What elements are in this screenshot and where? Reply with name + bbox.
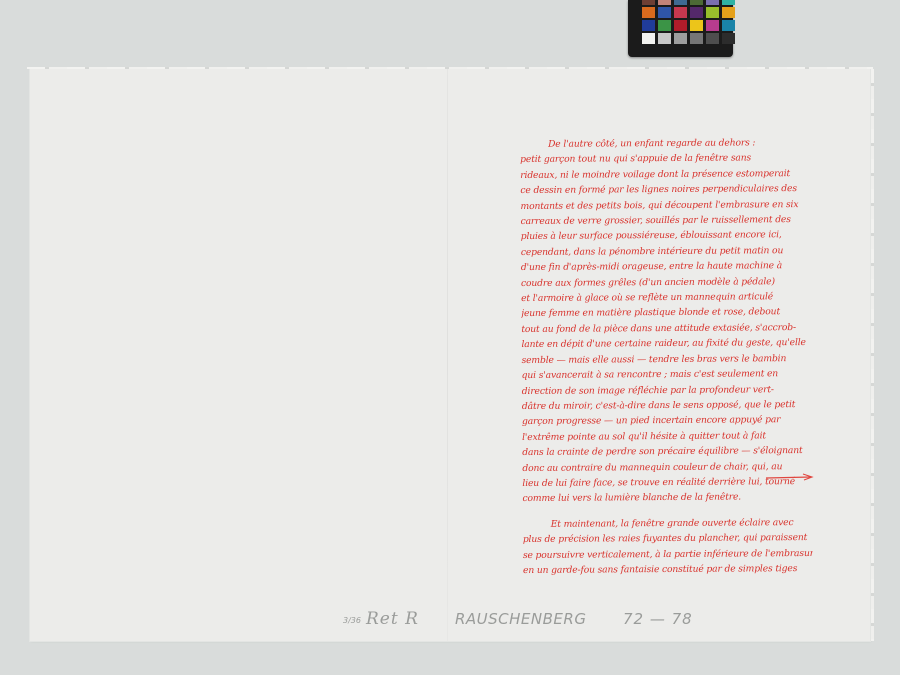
color-swatch <box>642 7 655 18</box>
color-swatch <box>674 20 687 31</box>
edition-number: 3/36 <box>343 616 361 625</box>
color-swatch <box>690 20 703 31</box>
manuscript-line: qui s'avancerait à sa rencontre ; mais c… <box>522 366 812 383</box>
manuscript-line: ce dessin en formé par les lignes noires… <box>520 181 810 198</box>
long-right-arrow-icon <box>765 473 815 481</box>
manuscript-line: jeune femme en matière plastique blonde … <box>521 304 811 321</box>
initials: Ret R <box>366 609 419 629</box>
color-swatch <box>658 33 671 44</box>
signature-dates: 72 — 78 <box>623 610 693 628</box>
color-swatch <box>674 33 687 44</box>
color-swatch <box>690 33 703 44</box>
color-swatch <box>722 33 735 44</box>
manuscript-line: en un garde-fou sans fantaisie constitué… <box>523 561 813 578</box>
color-swatch <box>706 0 719 5</box>
color-swatch <box>674 0 687 5</box>
manuscript-line: garçon progresse — un pied incertain enc… <box>522 412 812 429</box>
color-swatch <box>706 33 719 44</box>
color-swatch <box>722 7 735 18</box>
color-swatch <box>658 0 671 5</box>
manuscript-line: plus de précision les raies fuyantes du … <box>523 530 813 547</box>
manuscript-line: dans la crainte de perdre son précaire é… <box>522 443 812 460</box>
artist-signature: RAUSCHENBERG <box>455 610 586 628</box>
center-fold-line <box>447 69 448 641</box>
color-checker-grid <box>642 0 735 44</box>
handwritten-text-block: De l'autre côté, un enfant regarde au de… <box>520 135 813 578</box>
color-swatch <box>658 20 671 31</box>
color-swatch <box>706 7 719 18</box>
manuscript-line: d'une fin d'après-midi orageuse, entre l… <box>521 258 811 275</box>
color-swatch <box>658 7 671 18</box>
color-swatch <box>706 20 719 31</box>
color-swatch <box>690 0 703 5</box>
color-swatch <box>722 0 735 5</box>
manuscript-line: lante en dépit d'une certaine raideur, a… <box>521 335 811 352</box>
color-swatch <box>642 20 655 31</box>
color-swatch <box>642 0 655 5</box>
color-swatch <box>722 20 735 31</box>
pencil-inscriptions: 3/36 Ret R RAUSCHENBERG 72 — 78 <box>340 609 740 633</box>
color-swatch <box>674 7 687 18</box>
color-swatch <box>690 7 703 18</box>
manuscript-line: pluies à leur surface poussiéreuse, éblo… <box>521 227 811 244</box>
paper-sheet: De l'autre côté, un enfant regarde au de… <box>30 68 870 641</box>
color-calibration-chart <box>628 0 733 57</box>
color-swatch <box>642 33 655 44</box>
